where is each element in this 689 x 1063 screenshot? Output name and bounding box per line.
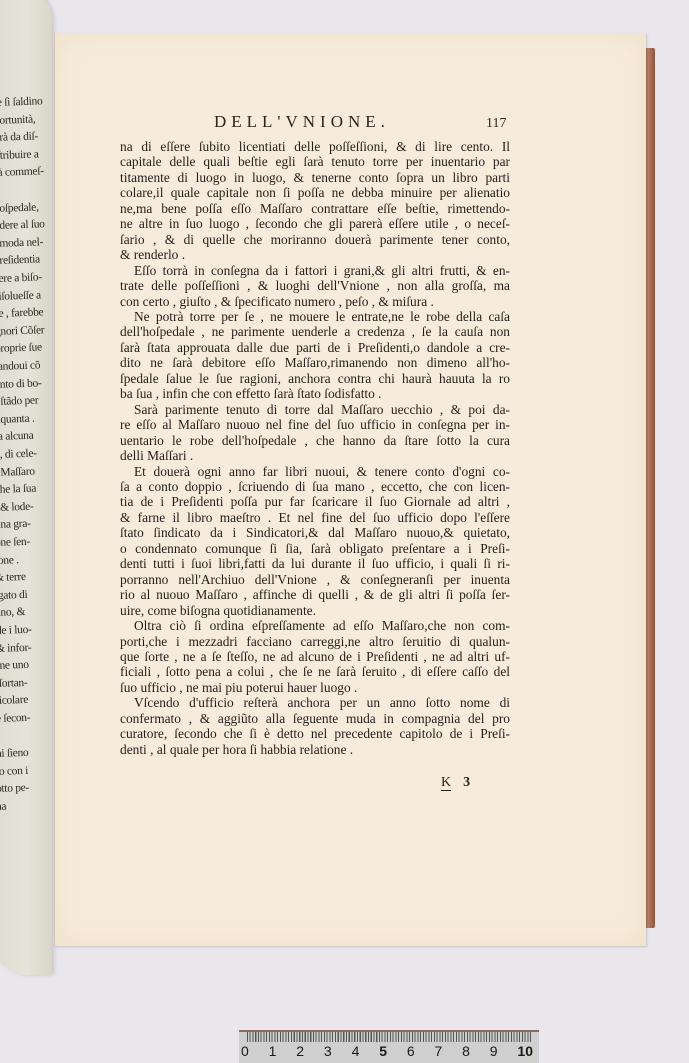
left-page-line: , & lode- xyxy=(0,499,34,515)
signature-number: 3 xyxy=(463,775,470,790)
text-line: o condennato comunque ſi ſia, ſarà oblig… xyxy=(120,541,510,556)
text-line: confermato , & aggiũto alla ſeguente mud… xyxy=(120,711,510,726)
left-page-line: ticolare xyxy=(0,693,28,709)
left-page-line: una gra- xyxy=(0,517,31,533)
left-page-line: otto pe- xyxy=(0,781,29,797)
ruler-label: 3 xyxy=(324,1043,332,1063)
left-page-line: rà commeſ- xyxy=(0,165,44,182)
left-page-line: ſo con i xyxy=(0,764,28,780)
text-line: ſuo ufficio , ne mai piu poterui hauer l… xyxy=(120,680,510,695)
text-line: denti tutti i ſuoi libri,fatti da lui du… xyxy=(120,556,510,571)
left-page-line: ſa alcuna xyxy=(0,429,34,445)
left-page-line: e ſecon- xyxy=(0,711,30,727)
body-text: na di eſſere ſubito licentiati delle poſ… xyxy=(120,139,510,757)
left-page-line: ni ſieno xyxy=(0,746,29,762)
ruler-labels: 012345678910 xyxy=(241,1043,539,1063)
left-page-line: proprie ſue xyxy=(0,341,42,358)
page-number: 117 xyxy=(486,116,506,132)
text-line: delli Maſſari . xyxy=(120,448,510,463)
text-line: trate delle poſſeſſioni , & luoghi dell'… xyxy=(120,278,510,293)
ruler-label: 9 xyxy=(490,1043,498,1063)
running-head: DELL'VNIONE. xyxy=(214,112,390,132)
text-line: ba ſua , infin che con effetto ſarà ſtat… xyxy=(120,386,510,401)
left-page-fragment: le ſi ſaldinoportunità,urà da diſ-iſtrib… xyxy=(0,0,52,975)
text-line: titamente di luogo in luogo, & tenerne c… xyxy=(120,170,510,185)
left-page-line: igato di xyxy=(0,588,28,604)
ruler-label: 8 xyxy=(462,1043,470,1063)
left-page-line: udere al ſuo xyxy=(0,217,45,234)
left-page-line: ſſortan- xyxy=(0,676,27,692)
ruler-label: 4 xyxy=(352,1043,360,1063)
ruler-label: 7 xyxy=(434,1043,442,1063)
ruler-label: 0 xyxy=(241,1043,249,1063)
scale-ruler: 012345678910 xyxy=(239,1030,539,1063)
text-line: ſa a conto doppio , ſcriuendo di ſua man… xyxy=(120,479,510,494)
left-page-line: nno, & xyxy=(0,605,26,621)
text-line: dito ne ſarà debitore eſſo Maſſaro,riman… xyxy=(120,355,510,370)
left-page-line: omoda nel- xyxy=(0,235,44,252)
text-line: colare,il quale capitale non ſi poſſa ne… xyxy=(120,185,510,200)
left-page-line: na xyxy=(0,800,7,815)
signature-letter: K xyxy=(441,775,451,791)
left-page-line: rne uno xyxy=(0,658,29,674)
text-line: Ne potrà torre per ſe , ne mouere le ent… xyxy=(120,309,510,324)
text-line: uentario le robe dell'hoſpedale , che ha… xyxy=(120,433,510,448)
left-page-line: iſtribuire a xyxy=(0,147,39,164)
left-page-line: portunità, xyxy=(0,112,36,128)
left-page-line: riſolueſſe a xyxy=(0,288,41,305)
text-line: na di eſſere ſubito licentiati delle poſ… xyxy=(120,139,510,154)
text-line: Sarà parimente tenuto di torre dal Maſſa… xyxy=(120,402,510,417)
text-line: ficiali , ſotto pena a colui , che ſe ne… xyxy=(120,664,510,679)
left-page-line: urà da diſ- xyxy=(0,130,38,147)
text-line: ne altre in ſuo luogo , ſecondo che gli … xyxy=(120,216,510,231)
left-page-line: i reſidentia xyxy=(0,253,41,270)
left-page-line: l Maſſaro xyxy=(0,464,35,480)
text-line: ſarà ſtata approuata dalle due parti de … xyxy=(120,340,510,355)
left-page-line: rere a biſo- xyxy=(0,270,42,287)
text-line: re eſſo al Maſſaro nuouo nel fine del ſu… xyxy=(120,417,510,432)
left-page-line: hoſpedale, xyxy=(0,200,39,217)
ruler-ticks xyxy=(247,1032,531,1042)
ruler-label: 2 xyxy=(296,1043,304,1063)
text-line: porti,che i mezzadri facciano carreggi,n… xyxy=(120,634,510,649)
ruler-label: 10 xyxy=(517,1043,533,1063)
text-line: curatore, ſecondo che ſi è detto nel pre… xyxy=(120,726,510,741)
text-line: denti , al quale per hora ſi habbia rela… xyxy=(120,742,510,757)
text-line: Oltra ciò ſi ordina eſpreſſamente ad eſſ… xyxy=(120,618,510,633)
left-page-line: & terre xyxy=(0,570,26,586)
text-line: ſpedale ſalue le ſue ragioni, anchora co… xyxy=(120,371,510,386)
left-page-line: ione . xyxy=(0,553,19,569)
ruler-label: 1 xyxy=(269,1043,277,1063)
left-page-line: che la ſua xyxy=(0,482,36,498)
left-page-line: re , farebbe xyxy=(0,306,43,323)
left-page-line: nquanta . xyxy=(0,411,35,427)
left-page-line: one ſen- xyxy=(0,535,30,551)
ruler-label: 5 xyxy=(379,1043,387,1063)
left-page-line: e, di cele- xyxy=(0,447,37,463)
left-page-line: tandoui cõ xyxy=(0,358,40,375)
text-line: Et douerà ogni anno far libri nuoui, & t… xyxy=(120,464,510,479)
signature-mark: K3 xyxy=(441,775,470,791)
left-page-line: i ſtãdo per xyxy=(0,394,38,411)
left-page-line: gnori Cõſer xyxy=(0,323,44,340)
text-line: con certo , giuſto , & ſpecificato numer… xyxy=(120,294,510,309)
text-line: rio al nuouo Maſſaro , affinche di quell… xyxy=(120,587,510,602)
text-line: ſtato ſindicato da i Sindicatori,& dal M… xyxy=(120,525,510,540)
left-page-line: ento di bo- xyxy=(0,376,42,393)
text-line: que ſorte , ne a ſe ſteſſo, ne ad alcuno… xyxy=(120,649,510,664)
text-line: tia de i Preſidenti poſſa pur far ſcaric… xyxy=(120,494,510,509)
text-line: Eſſo torrà in conſegna da i fattori i gr… xyxy=(120,263,510,278)
text-line: Vſcendo d'ufficio reſterà anchora per un… xyxy=(120,695,510,710)
text-line: & renderlo . xyxy=(120,247,510,262)
text-line: ne,ma bene poſſa eſſo Maſſaro contrattar… xyxy=(120,201,510,216)
text-line: & farne il libro maeſtro . Et nel fine d… xyxy=(120,510,510,525)
text-line: ſario , & di quelle che moriranno douerà… xyxy=(120,232,510,247)
left-page-line: de i luo- xyxy=(0,623,31,639)
text-line: capitale delle quali beſtie egli ſarà te… xyxy=(120,154,510,169)
text-line: uire, come biſogna quotidianamente. xyxy=(120,603,510,618)
ruler-label: 6 xyxy=(407,1043,415,1063)
left-page-line: & infor- xyxy=(0,640,31,656)
left-page-line: le ſi ſaldino xyxy=(0,94,43,111)
text-line: porranno nell'Archiuo dell'Vnione , & co… xyxy=(120,572,510,587)
text-line: dell'hoſpedale , ne parimente uenderle a… xyxy=(120,324,510,339)
